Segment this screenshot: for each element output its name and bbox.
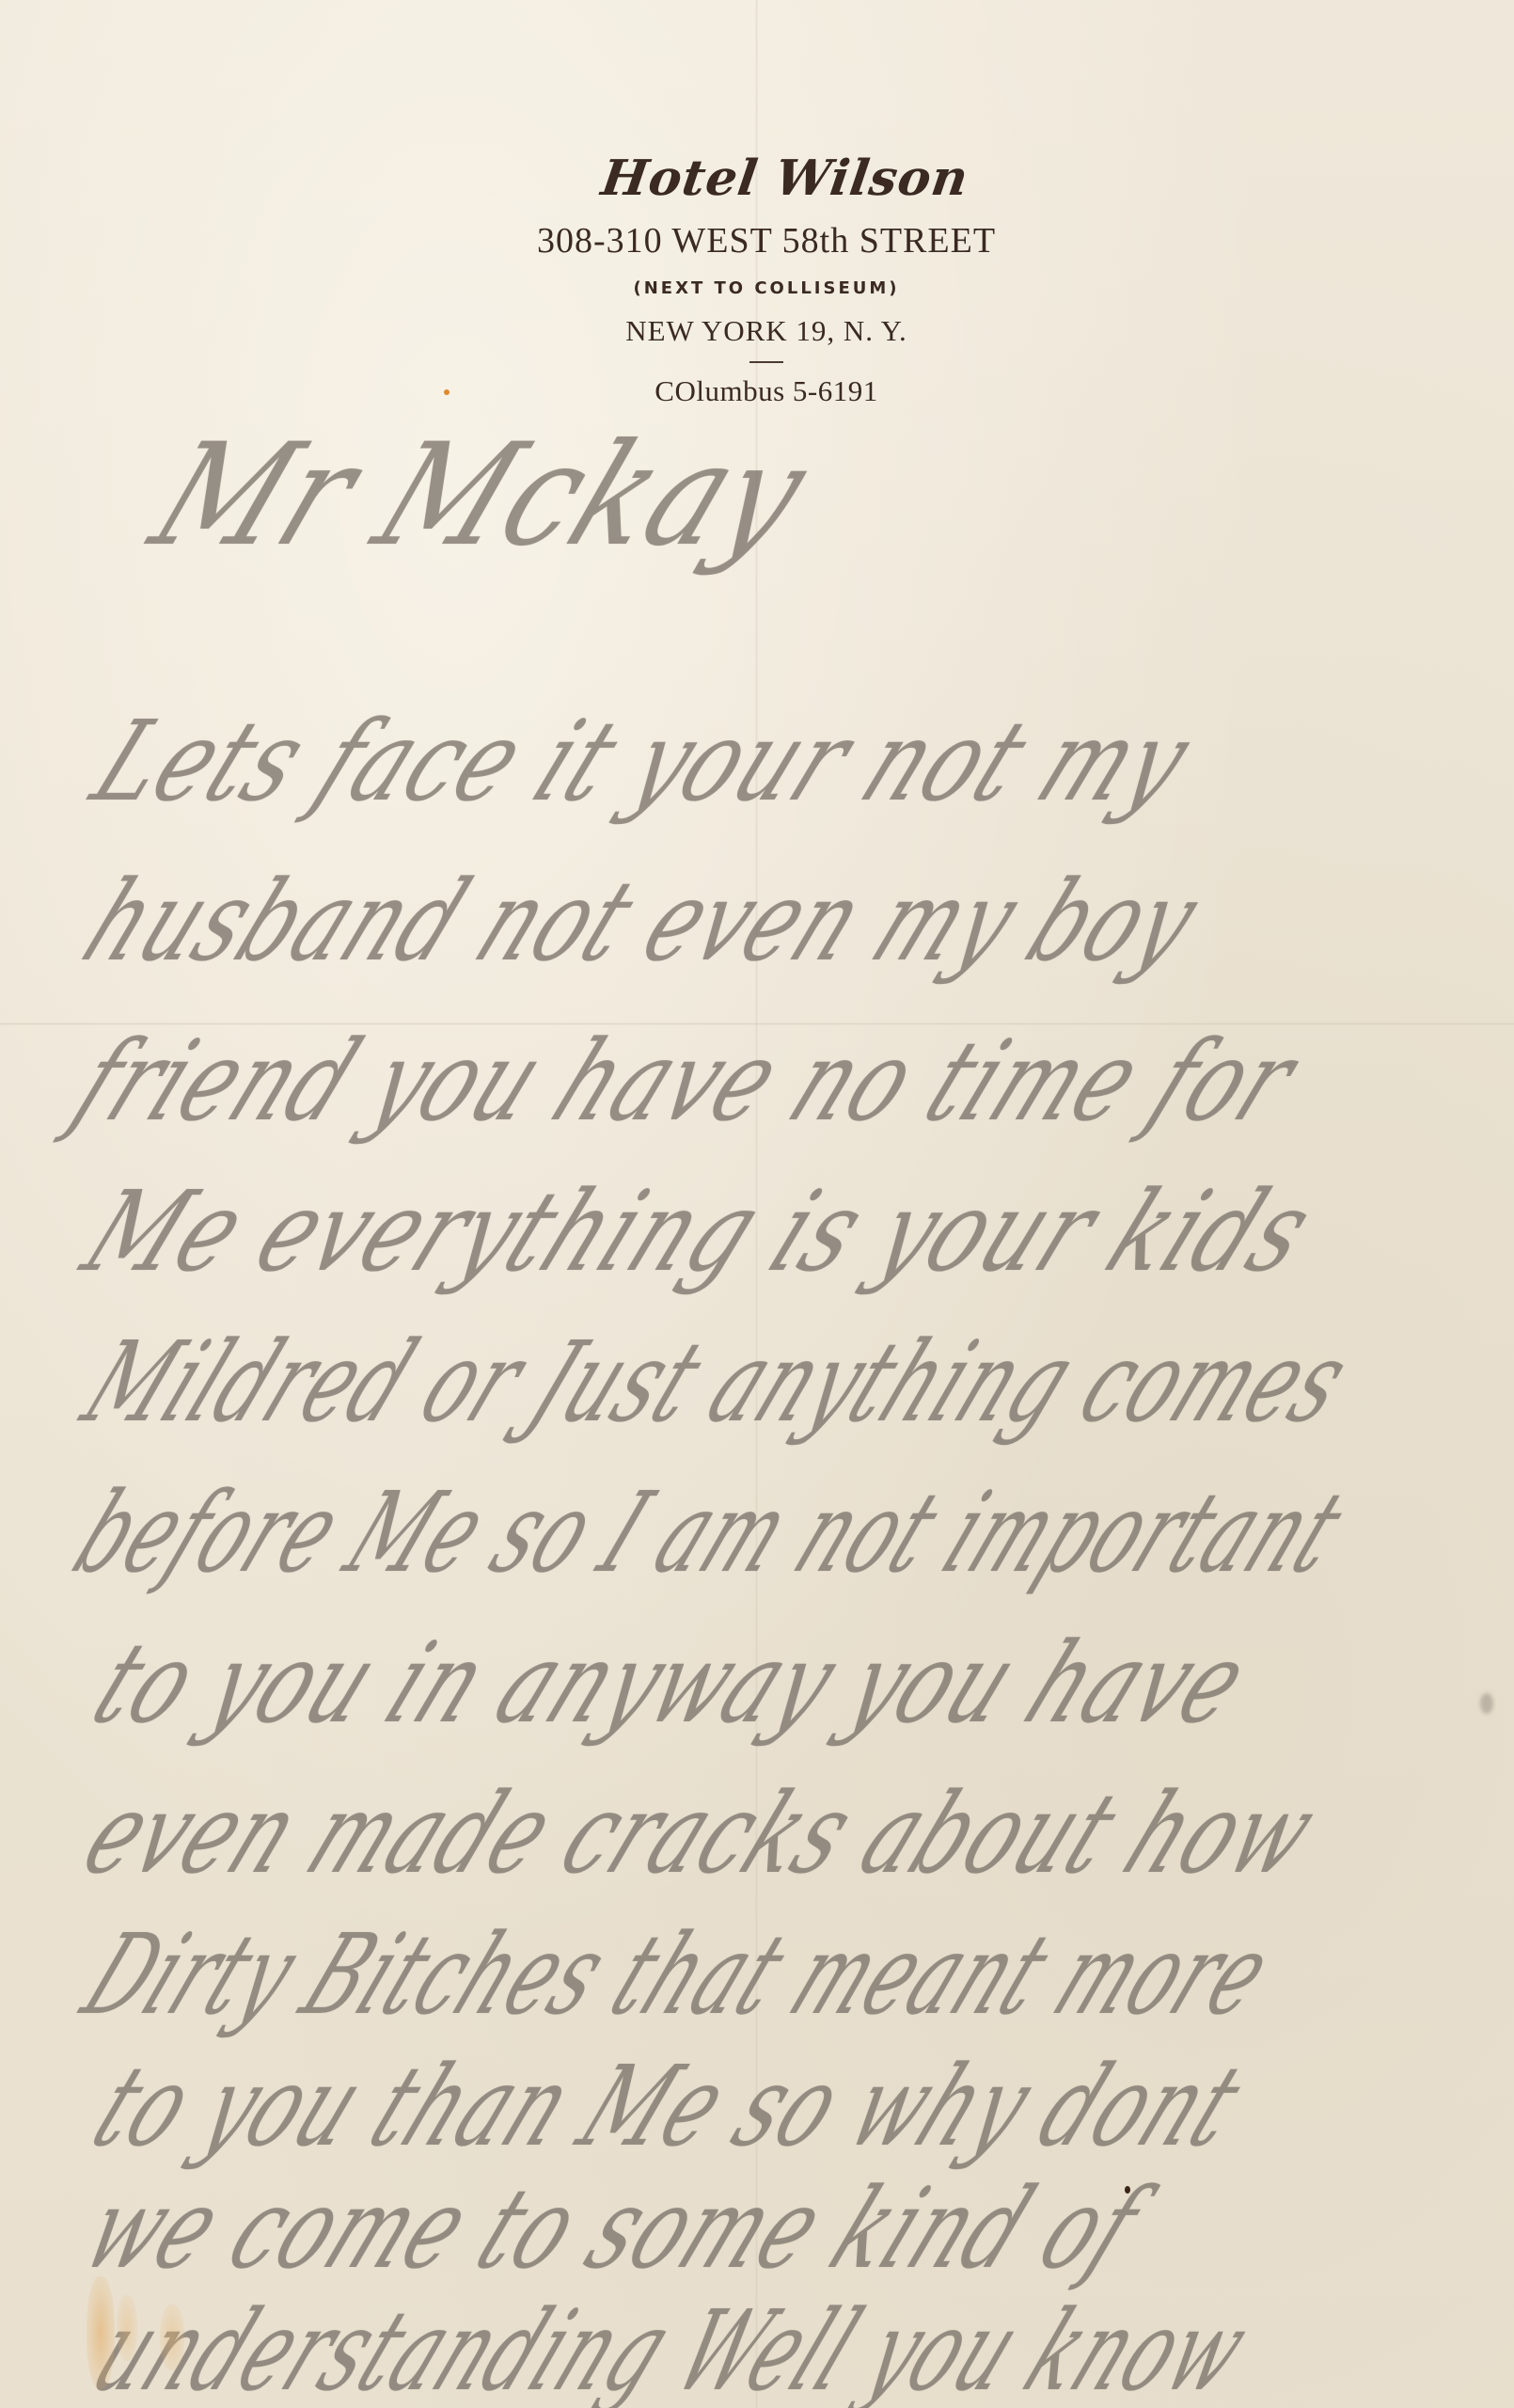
letter-line: even made cracks about how: [66, 1768, 1336, 1898]
letter-line: husband not even my boy: [66, 856, 1220, 986]
letter-line: to you in anyway you have: [75, 1618, 1268, 1748]
letter-line: Mildred or Just anything comes: [66, 1317, 1369, 1447]
water-stain: [160, 2305, 184, 2370]
pencil-smudge: [1480, 1693, 1493, 1714]
letter-line: Lets face it your not my: [75, 696, 1211, 826]
paper-mark: [1125, 2186, 1130, 2194]
letter-page: Hotel Wilson 308-310 WEST 58th STREET (N…: [0, 0, 1514, 2408]
water-stain: [117, 2295, 137, 2361]
paper-mark: [444, 389, 449, 395]
letter-line: to you than Me so why dont: [75, 2041, 1262, 2171]
water-stain: [87, 2276, 115, 2389]
letter-line: Dirty Bitches that meant more: [66, 1909, 1291, 2039]
letter-salutation: Mr Mckay: [132, 414, 830, 578]
letter-line: before Me so I am not important: [56, 1467, 1364, 1597]
letter-line: Me everything is your kids: [66, 1166, 1333, 1296]
letter-line: friend you have no time for: [56, 1016, 1317, 1146]
letter-line: we come to some kind of: [66, 2163, 1159, 2293]
letter-body: Mr Mckay Lets face it your not my husban…: [0, 0, 1514, 2408]
letter-line: understanding Well you know: [75, 2286, 1269, 2408]
